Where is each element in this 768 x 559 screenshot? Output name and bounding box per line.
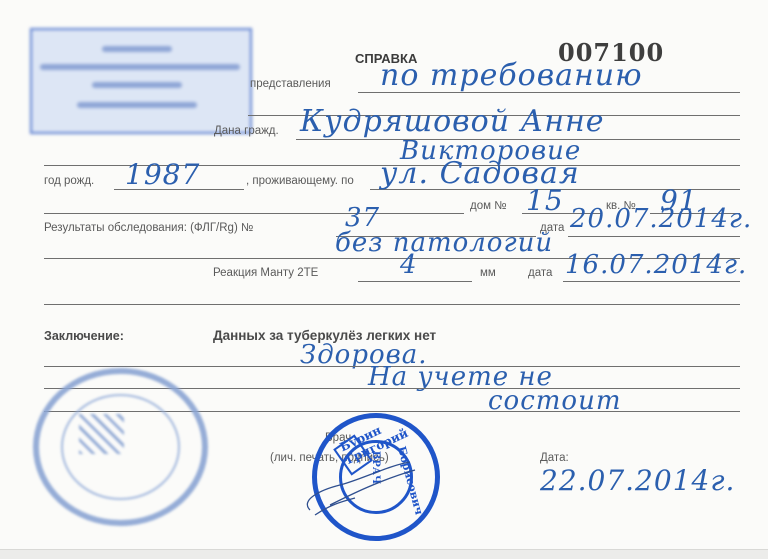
certificate-paper: СПРАВКА 007100 представления по требован… xyxy=(0,0,768,549)
exam-date-value: 20.07.2014г. xyxy=(570,204,752,234)
issued-to-value: Кудряшовой Анне xyxy=(300,104,605,139)
mantoux-label: Реакция Манту 2ТЕ xyxy=(213,267,318,279)
exam-date-line xyxy=(568,236,740,237)
conclusion-label: Заключение: xyxy=(44,329,124,343)
mantoux-line xyxy=(358,281,472,282)
mantoux-date-label: дата xyxy=(528,267,552,279)
mantoux-value: 4 xyxy=(400,250,418,280)
mantoux-date-line xyxy=(563,281,740,282)
house-value: 15 xyxy=(526,184,564,217)
exam-result-value: без патологий xyxy=(335,228,553,258)
date-value: 22.07.2014г. xyxy=(540,464,735,497)
issued-to-label: Дана гражд. xyxy=(214,125,279,137)
blank-line xyxy=(44,304,740,305)
institution-round-stamp xyxy=(33,368,208,526)
mantoux-unit: мм xyxy=(480,267,496,279)
presentation-value: по требованию xyxy=(380,58,643,93)
birth-year-label: год рожд. xyxy=(44,175,94,187)
date-label: Дата: xyxy=(540,452,569,464)
birth-year-value: 1987 xyxy=(125,158,200,191)
presentation-label: представления xyxy=(250,78,331,90)
address-line xyxy=(44,213,464,214)
exam-label: Результаты обследования: (ФЛГ/Rg) № xyxy=(44,222,253,234)
paper-bottom-edge xyxy=(0,549,768,559)
doctor-signature xyxy=(300,460,420,520)
mantoux-date-value: 16.07.2014г. xyxy=(565,250,747,280)
house-label: дом № xyxy=(470,200,507,212)
residing-label: , проживающему. по xyxy=(246,175,354,187)
institution-stamp-blurred xyxy=(30,28,252,134)
